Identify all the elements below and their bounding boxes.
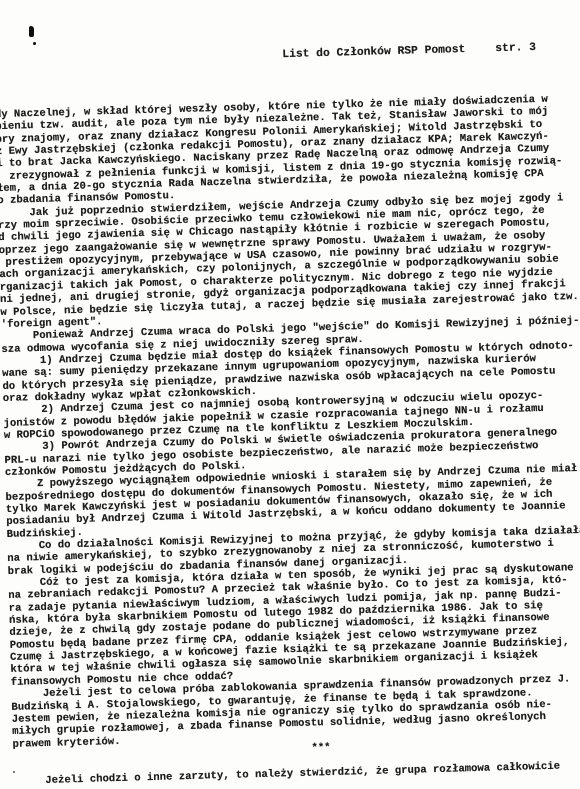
scanned-letter-page: List do Członków RSP Pomost str. 3 dy Na… [0, 0, 580, 789]
page-header: List do Członków RSP Pomost str. 3 [282, 42, 536, 61]
document-body: dy Naczelnej, w skład której weszły osob… [0, 93, 580, 788]
typewritten-page: List do Członków RSP Pomost str. 3 dy Na… [0, 0, 580, 789]
document-title: List do Członków RSP Pomost [282, 44, 465, 61]
page-number: str. 3 [495, 42, 536, 55]
